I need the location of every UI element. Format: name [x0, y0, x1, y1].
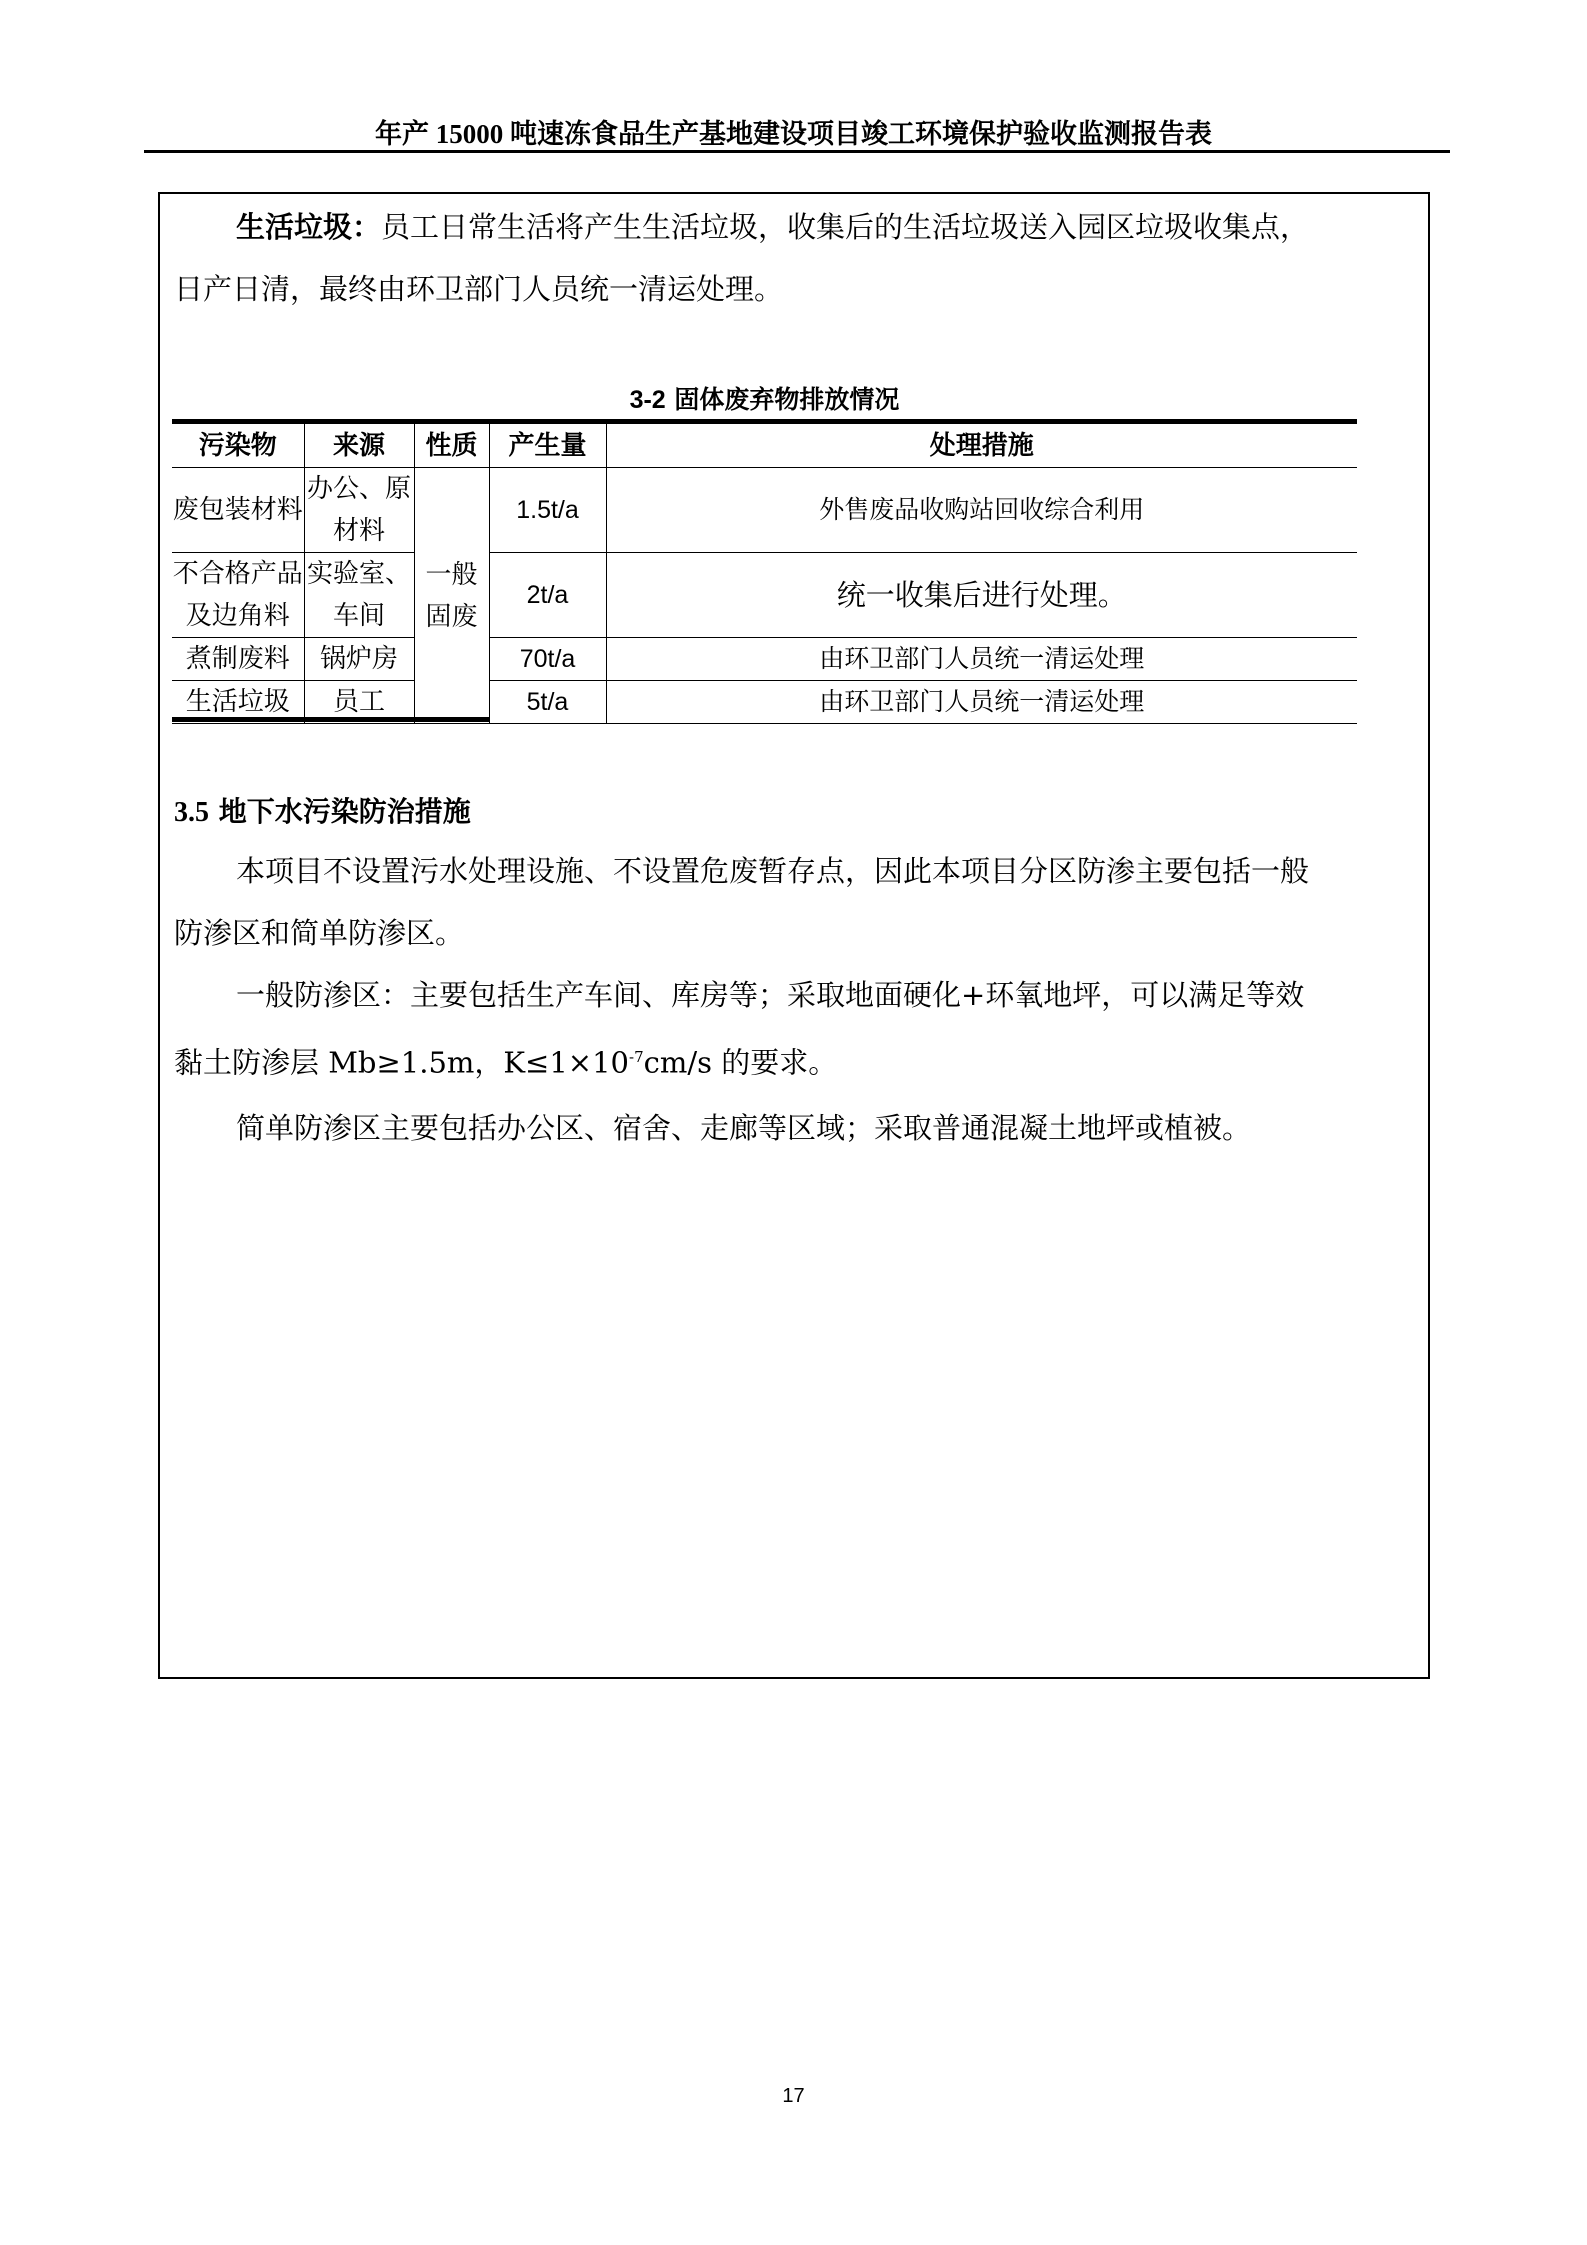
table-row: 煮制废料 锅炉房 70t/a 由环卫部门人员统一清运处理: [172, 638, 1357, 681]
cell-measure: 由环卫部门人员统一清运处理: [606, 638, 1357, 681]
table-bottom-rule: [172, 717, 489, 722]
cell-measure: 统一收集后进行处理。: [606, 553, 1357, 638]
table-caption-number: 3-2: [630, 386, 666, 414]
table-row: 不合格产品及边角料 实验室、车间 2t/a 统一收集后进行处理。: [172, 553, 1357, 638]
section-paragraph-1-line1: 本项目不设置污水处理设施、不设置危废暂存点，因此本项目分区防渗主要包括一般: [174, 840, 1424, 902]
page-number: 17: [0, 2085, 1587, 2108]
cell-amount: 2t/a: [489, 553, 606, 638]
paragraph-text: 一般防渗区：主要包括生产车间、库房等；采取地面硬化+环氧地坪，可以满足等效: [236, 978, 1304, 1012]
header-divider: [144, 150, 1450, 153]
table-row: 废包装材料 办公、原材料 一般固废 1.5t/a 外售废品收购站回收综合利用: [172, 468, 1357, 553]
intro-text-line1: 员工日常生活将产生生活垃圾，收集后的生活垃圾送入园区垃圾收集点，: [381, 210, 1309, 244]
section-paragraph-2-line2: 黏土防渗层 Mb≥1.5m，K≤1×10-7cm/s 的要求。: [174, 1026, 1424, 1094]
exponent: -7: [629, 1048, 644, 1066]
intro-label: 生活垃圾：: [236, 210, 381, 244]
cell-measure: 外售废品收购站回收综合利用: [606, 468, 1357, 553]
section-paragraph-1-line2: 防渗区和简单防渗区。: [174, 902, 1424, 964]
cell-source: 实验室、车间: [304, 553, 414, 638]
cell-pollutant: 煮制废料: [172, 638, 304, 681]
section-number: 3.5: [174, 797, 209, 828]
col-header-source: 来源: [304, 422, 414, 468]
intro-paragraph-line1: 生活垃圾：员工日常生活将产生生活垃圾，收集后的生活垃圾送入园区垃圾收集点，: [174, 196, 1424, 258]
cell-source: 办公、原材料: [304, 468, 414, 553]
table-caption: 3-2 固体废弃物排放情况: [172, 380, 1357, 416]
paragraph-text: 简单防渗区主要包括办公区、宿舍、走廊等区域；采取普通混凝土地坪或植被。: [236, 1111, 1251, 1145]
table-header-row: 污染物 来源 性质 产生量 处理措施: [172, 422, 1357, 468]
paragraph-text: cm/s 的要求。: [644, 1046, 838, 1080]
cell-source: 锅炉房: [304, 638, 414, 681]
cell-measure: 由环卫部门人员统一清运处理: [606, 681, 1357, 724]
solid-waste-table: 污染物 来源 性质 产生量 处理措施 废包装材料 办公、原材料 一般固废 1.5…: [172, 419, 1357, 724]
cell-pollutant: 废包装材料: [172, 468, 304, 553]
col-header-amount: 产生量: [489, 422, 606, 468]
cell-amount: 70t/a: [489, 638, 606, 681]
section-heading: 3.5 地下水污染防治措施: [174, 790, 471, 830]
section-paragraph-2-line1: 一般防渗区：主要包括生产车间、库房等；采取地面硬化+环氧地坪，可以满足等效: [174, 964, 1424, 1026]
col-header-measure: 处理措施: [606, 422, 1357, 468]
col-header-pollutant: 污染物: [172, 422, 304, 468]
section-title-text: 地下水污染防治措施: [219, 795, 471, 828]
document-header-title: 年产 15000 吨速冻食品生产基地建设项目竣工环境保护验收监测报告表: [0, 112, 1587, 151]
cell-nature-merged: 一般固废: [414, 468, 489, 724]
table-caption-text: 固体废弃物排放情况: [674, 385, 899, 414]
col-header-nature: 性质: [414, 422, 489, 468]
intro-paragraph-line2: 日产日清，最终由环卫部门人员统一清运处理。: [174, 258, 1424, 320]
cell-amount: 5t/a: [489, 681, 606, 724]
cell-amount: 1.5t/a: [489, 468, 606, 553]
cell-pollutant: 不合格产品及边角料: [172, 553, 304, 638]
paragraph-text: 本项目不设置污水处理设施、不设置危废暂存点，因此本项目分区防渗主要包括一般: [236, 854, 1309, 888]
paragraph-text: 黏土防渗层 Mb≥1.5m，K≤1×10: [174, 1046, 629, 1080]
section-paragraph-3: 简单防渗区主要包括办公区、宿舍、走廊等区域；采取普通混凝土地坪或植被。: [174, 1097, 1424, 1159]
